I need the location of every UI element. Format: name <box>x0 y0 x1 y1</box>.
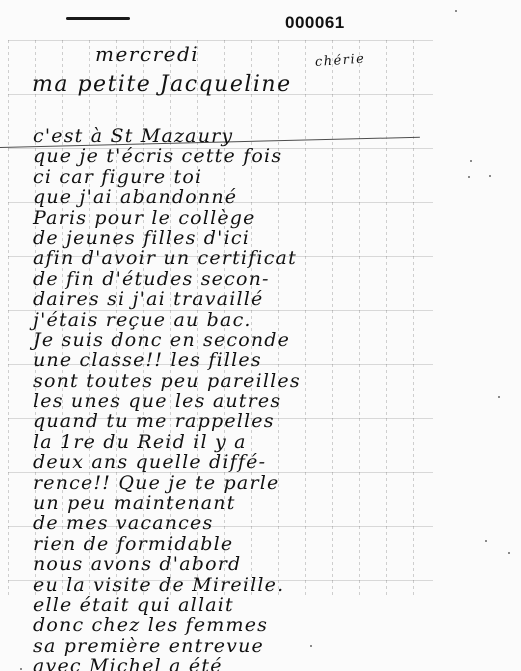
letter-line: nous avons d'abord <box>33 554 433 574</box>
letter-line: de jeunes filles d'ici <box>33 228 433 248</box>
letter-line: les unes que les autres <box>33 391 433 411</box>
letter-line: eu la visite de Mireille. <box>33 575 433 595</box>
letter-line: deux ans quelle diffé- <box>33 452 433 472</box>
scan-speck <box>489 175 491 177</box>
scan-speck <box>485 540 487 542</box>
scan-speck <box>498 396 500 398</box>
letter-line: sa première entrevue <box>33 636 433 656</box>
letter-line: de mes vacances <box>33 513 433 533</box>
letter-line: un peu maintenant <box>33 493 433 513</box>
letter-salutation: ma petite Jacqueline <box>32 72 292 97</box>
letter-line: Je suis donc en seconde <box>33 330 433 350</box>
scan-speck <box>470 160 472 162</box>
letter-line: sont toutes peu pareilles <box>33 371 433 391</box>
letter-line: que je t'écris cette fois <box>33 146 433 166</box>
scan-speck <box>20 668 22 670</box>
scan-speck <box>455 10 457 12</box>
letter-line: ci car figure toi <box>33 167 433 187</box>
document-number-stamp: 000061 <box>285 13 345 33</box>
letter-date: mercredi <box>95 42 199 66</box>
letter-line: donc chez les femmes <box>33 615 433 635</box>
letter-line: rence!! Que je te parle <box>33 473 433 493</box>
scanned-letter-page: 000061 mercredi chérie ma petite Jacquel… <box>0 0 521 671</box>
letter-line: rien de formidable <box>33 534 433 554</box>
letter-line: de fin d'études secon- <box>33 269 433 289</box>
letter-line: une classe!! les filles <box>33 350 433 370</box>
letter-line: j'étais reçue au bac. <box>33 310 433 330</box>
letter-line: afin d'avoir un certificat <box>33 248 433 268</box>
letter-line: que j'ai abandonné <box>33 187 433 207</box>
letter-line: elle était qui allait <box>33 595 433 615</box>
letter-line: la 1re du Reid il y a <box>33 432 433 452</box>
scan-speck <box>508 552 510 554</box>
letter-line: daires si j'ai travaillé <box>33 289 433 309</box>
letter-line: avec Michel a été <box>33 656 433 671</box>
letter-line: quand tu me rappelles <box>33 411 433 431</box>
letter-line: c'est à St Mazaury <box>33 126 433 146</box>
letter-body: c'est à St Mazaury que je t'écris cette … <box>33 126 433 671</box>
scan-speck <box>468 176 470 178</box>
letter-line: Paris pour le collège <box>33 208 433 228</box>
handwritten-dash-mark <box>66 17 130 20</box>
